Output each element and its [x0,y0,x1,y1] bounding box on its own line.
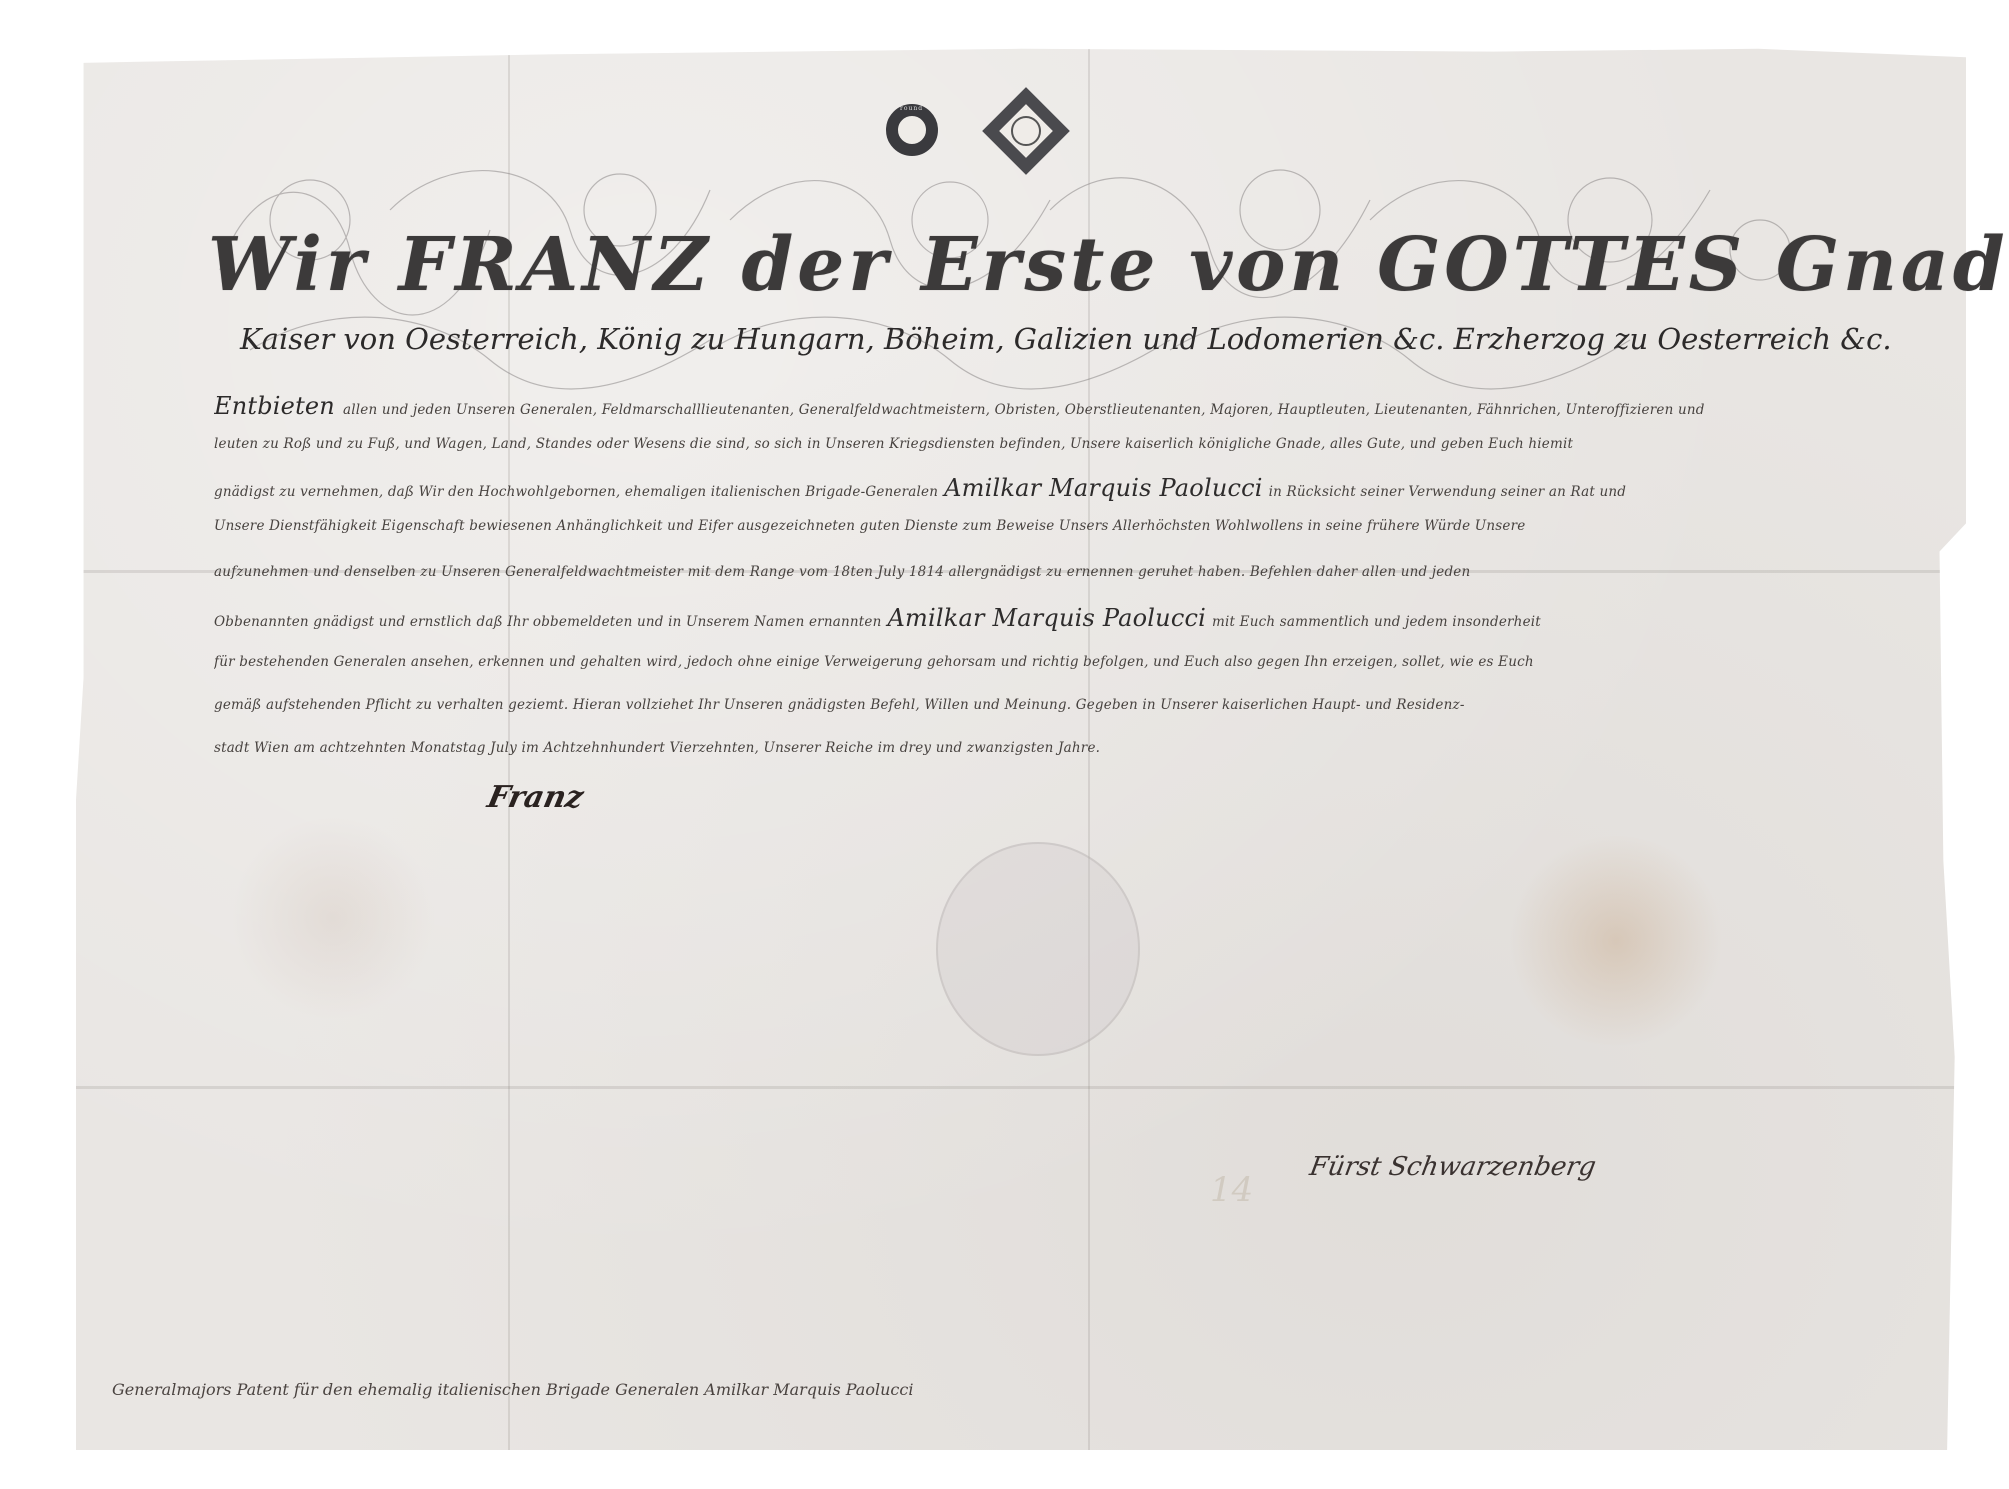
body-line-5: aufzunehmen und denselben zu Unseren Gen… [214,564,1704,580]
recipient-name: Amilkar Marquis Paolucci [944,474,1263,502]
body-line-2: leuten zu Roß und zu Fuß, und Wagen, Lan… [214,436,1704,452]
recipient-name-2: Amilkar Marquis Paolucci [887,604,1206,632]
body-line-1: Entbietenallen und jeden Unseren General… [214,392,1704,420]
body-line-6: Obbenannten gnädigst und ernstlich daß I… [214,604,1704,632]
document-subtitle: Kaiser von Oesterreich, König zu Hungarn… [240,322,1780,356]
stain-left [228,818,438,1018]
body-text: in Rücksicht seiner Verwendung seiner an… [1269,484,1627,500]
body-line-4: Unsere Dienstfähigkeit Eigenschaft bewie… [214,518,1704,534]
document-title: Wir FRANZ der Erste von GOTTES Gnaden [208,222,1768,308]
body-line-7: für bestehenden Generalen ansehen, erken… [214,654,1704,670]
wax-seal-stain [1506,836,1726,1046]
body-text: Obbenannten gnädigst und ernstlich daß I… [214,614,881,630]
faint-mark: 14 [1210,1170,1253,1210]
body-text: mit Euch sammentlich und jedem insonderh… [1212,614,1541,630]
round-revenue-stamp-icon: round [886,104,938,156]
body-line-3: gnädigst zu vernehmen, daß Wir den Hochw… [214,474,1704,502]
fold-line-horizontal-lower [76,1086,1966,1089]
lead-word: Entbieten [214,392,335,420]
endorsement-note: Generalmajors Patent für den ehemalig it… [112,1380,1212,1399]
body-line-8: gemäß aufstehenden Pflicht zu verhalten … [214,697,1704,713]
body-line-9: stadt Wien am achtzehnten Monatstag July… [214,740,1704,756]
body-text: gnädigst zu vernehmen, daß Wir den Hochw… [214,484,938,500]
paper-seal-impression [936,842,1140,1056]
countersignature: Fürst Schwarzenberg [1307,1152,1598,1182]
body-text: allen und jeden Unseren Generalen, Feldm… [343,402,1704,418]
emperor-signature: Franz [484,780,586,815]
